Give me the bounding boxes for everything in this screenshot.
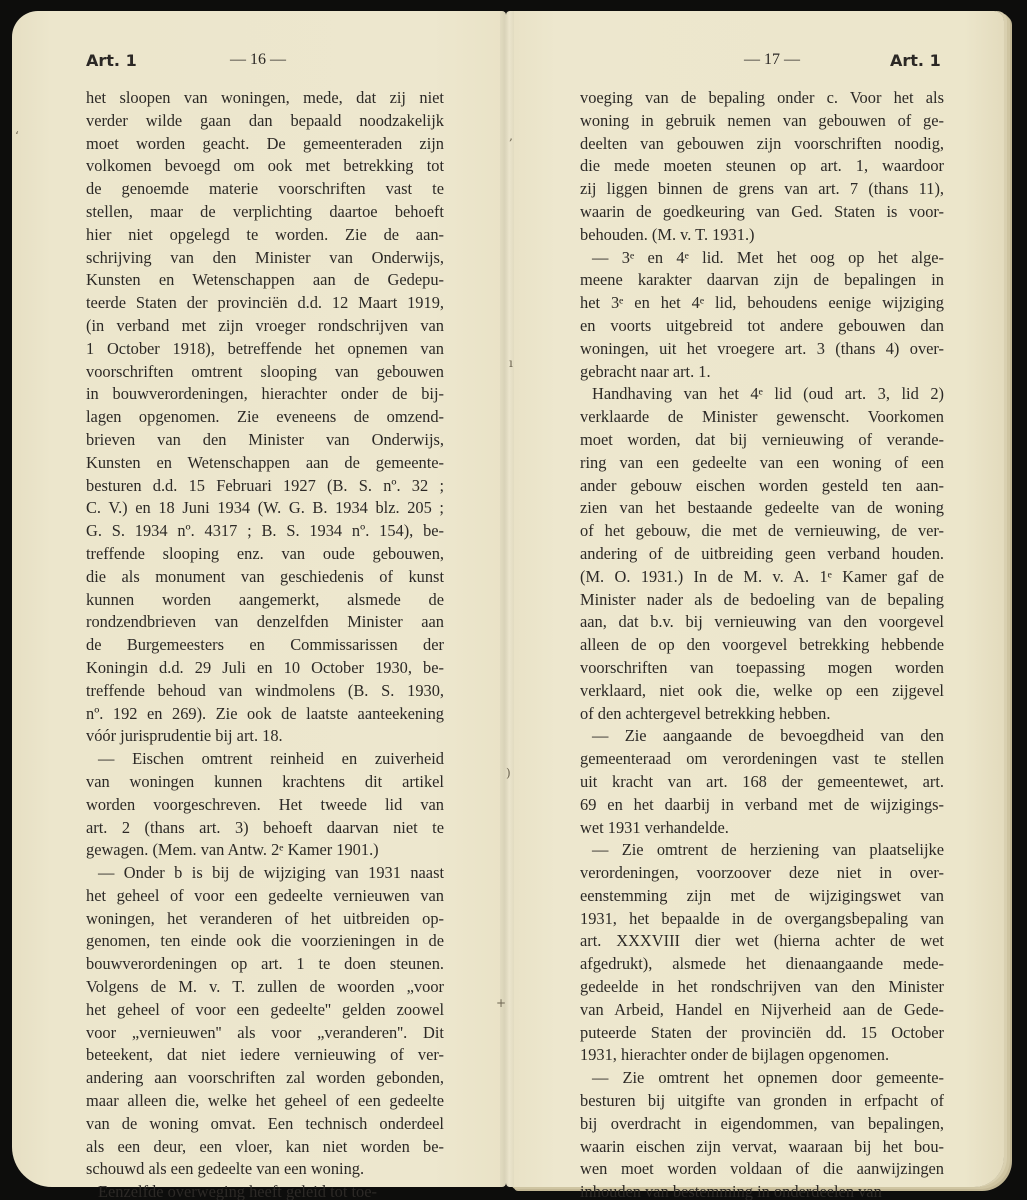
text-line: gewagen. (Mem. van Antw. 2ᵉ Kamer 1901.): [86, 839, 444, 862]
text-line: voorschriften van toepassing mogen worde…: [580, 657, 944, 680]
text-line: uit kracht van art. 168 der gemeentewet,…: [580, 771, 944, 794]
text-line: bij overdracht in eigendommen, van bepal…: [580, 1113, 944, 1136]
text-line: maar alleen die, welke het geheel of een…: [86, 1090, 444, 1113]
text-line: eenstemming zijn met de wijzigingswet va…: [580, 885, 944, 908]
text-line: Eenzelfde overweging heeft geleid tot to…: [86, 1181, 444, 1200]
text-line: de Burgemeesters en Commissarissen der: [86, 634, 444, 657]
text-line: meene karakter daarvan zijn de bepalinge…: [580, 269, 944, 292]
text-line: de genoemde materie voorschriften vast t…: [86, 178, 444, 201]
text-line: van Arbeid, Handel en Nijverheid aan de …: [580, 999, 944, 1022]
text-line: verklaard, niet ook die, welke op een zi…: [580, 680, 944, 703]
text-line: het geheel of voor een gedeelte vernieuw…: [86, 885, 444, 908]
text-line: andering aan voorschriften zal worden ge…: [86, 1067, 444, 1090]
text-line: in bouwverordeningen, hierachter onder d…: [86, 383, 444, 406]
text-line: brieven van den Minister van Onderwijs,: [86, 429, 444, 452]
text-line: het geheel of voor een gedeelte'' gelden…: [86, 999, 444, 1022]
text-line: andering of de uitbreiding geen verband …: [580, 543, 944, 566]
text-line: Kunsten en Wetenschappen aan de Gedepu-: [86, 269, 444, 292]
text-line: voor „vernieuwen'' als voor „veranderen'…: [86, 1022, 444, 1045]
text-line: aan, dat b.v. bij vernieuwing van den vo…: [580, 611, 944, 634]
text-line: die als monument van geschiedenis of kun…: [86, 566, 444, 589]
text-line: zij liggen binnen de grens van art. 7 (t…: [580, 178, 944, 201]
text-line: het sloopen van woningen, mede, dat zij …: [86, 87, 444, 110]
text-line: gemeenteraad om verordeningen vast te st…: [580, 748, 944, 771]
text-line: worden voorgeschreven. Het tweede lid va…: [86, 794, 444, 817]
page-number: — 17 —: [744, 51, 800, 69]
text-line: 1931, het bepaalde in de overgangsbepali…: [580, 908, 944, 931]
text-line: volkomen bevoegd om ook met betrekking t…: [86, 155, 444, 178]
text-line: rondzendbrieven van denzelfden Minister …: [86, 611, 444, 634]
text-line: waarin de goedkeuring van Ged. Staten is…: [580, 201, 944, 224]
page-body-text: het sloopen van woningen, mede, dat zij …: [86, 87, 444, 1200]
scan-speck: ı: [509, 356, 513, 370]
text-line: wet 1931 verhandelde.: [580, 817, 944, 840]
text-line: — Eischen omtrent reinheid en zuiverheid: [86, 748, 444, 771]
text-line: wen moet worden voldaan of die aanwijzin…: [580, 1158, 944, 1181]
text-line: C. V.) en 18 Juni 1934 (W. G. B. 1934 bl…: [86, 497, 444, 520]
text-line: woning in gebruik nemen van gebouwen of …: [580, 110, 944, 133]
text-line: alleen de op den voorgevel betrekking he…: [580, 634, 944, 657]
left-page: Art. 1 — 16 — het sloopen van woningen, …: [12, 11, 506, 1187]
text-line: — Zie omtrent het opnemen door gemeente-: [580, 1067, 944, 1090]
scan-speck: ): [506, 766, 511, 780]
text-line: deelten van gebouwen zijn voorschriften …: [580, 133, 944, 156]
text-line: art. XXXVIII dier wet (hierna achter de …: [580, 930, 944, 953]
text-line: besturen d.d. 15 Februari 1927 (B. S. nº…: [86, 475, 444, 498]
open-book: Art. 1 — 16 — het sloopen van woningen, …: [12, 11, 1016, 1189]
text-line: schrijving van den Minister van Onderwij…: [86, 247, 444, 270]
scan-speck: +: [496, 996, 506, 1010]
text-line: voeging van de bepaling onder c. Voor he…: [580, 87, 944, 110]
text-line: moet worden geacht. De gemeenteraden zij…: [86, 133, 444, 156]
text-line: gebracht naar art. 1.: [580, 361, 944, 384]
text-line: of den achtergevel betrekking hebben.: [580, 703, 944, 726]
text-line: inhouden van bestemming in onderdeelen v…: [580, 1181, 944, 1200]
text-line: — Zie aangaande de bevoegdheid van den: [580, 725, 944, 748]
text-line: het 3ᵉ en het 4ᵉ lid, behoudens eenige w…: [580, 292, 944, 315]
text-line: vóór jurisprudentie bij art. 18.: [86, 725, 444, 748]
text-line: gedeelde in het rondschrijven van den Mi…: [580, 976, 944, 999]
text-line: ander gebouw eischen worden gesteld ten …: [580, 475, 944, 498]
text-line: nº. 192 en 269). Zie ook de laatste aant…: [86, 703, 444, 726]
text-line: schouwd als een gedeelte van een woning.: [86, 1158, 444, 1181]
text-line: besturen bij uitgifte van gronden in erf…: [580, 1090, 944, 1113]
text-line: stellen, maar de verplichting daartoe be…: [86, 201, 444, 224]
text-line: Minister nader als de bedoeling van de b…: [580, 589, 944, 612]
scan-speck: ‚: [509, 129, 513, 143]
page-number: — 16 —: [230, 51, 286, 69]
text-line: die mede moeten steunen op art. 1, waard…: [580, 155, 944, 178]
right-page: — 17 — Art. 1 voeging van de bepaling on…: [506, 11, 1004, 1187]
text-line: voorschriften omtrent slooping van gebou…: [86, 361, 444, 384]
text-line: — 3ᵉ en 4ᵉ lid. Met het oog op het alge-: [580, 247, 944, 270]
book-spine: [500, 11, 514, 1187]
text-line: teerde Staten der provinciën d.d. 12 Maa…: [86, 292, 444, 315]
text-line: lagen opgenomen. Zie eveneens de omzend-: [86, 406, 444, 429]
text-line: en voorts uitgebreid tot andere gebouwen…: [580, 315, 944, 338]
text-line: behouden. (M. v. T. 1931.): [580, 224, 944, 247]
text-line: Kunsten en Wetenschappen aan de gemeente…: [86, 452, 444, 475]
text-line: Koningin d.d. 29 Juli en 10 October 1930…: [86, 657, 444, 680]
text-line: waarin eischen zijn vervat, waaraan bij …: [580, 1136, 944, 1159]
text-line: kunnen worden aangemerkt, alsmede de: [86, 589, 444, 612]
text-line: beteekent, dat niet iedere vernieuwing o…: [86, 1044, 444, 1067]
scan-speck: ‘: [15, 129, 19, 143]
text-line: treffende behoud van windmolens (B. S. 1…: [86, 680, 444, 703]
text-line: zien van het bestaande gedeelte van de w…: [580, 497, 944, 520]
text-line: hier niet opgelegd te worden. Zie de aan…: [86, 224, 444, 247]
text-line: bouwverordeningen op art. 1 te doen steu…: [86, 953, 444, 976]
text-line: verordeningen, voorzoover deze niet in o…: [580, 862, 944, 885]
text-line: art. 2 (thans art. 3) behoeft daarvan ni…: [86, 817, 444, 840]
text-line: treffende slooping enz. van oude gebouwe…: [86, 543, 444, 566]
page-body-text: voeging van de bepaling onder c. Voor he…: [580, 87, 944, 1200]
text-line: verder wilde gaan dan bepaald noodzakeli…: [86, 110, 444, 133]
text-line: 1931, hierachter onder de bijlagen opgen…: [580, 1044, 944, 1067]
text-line: (in verband met zijn vroeger rondschrijv…: [86, 315, 444, 338]
text-line: woningen, uit het vroegere art. 3 (thans…: [580, 338, 944, 361]
text-line: puteerde Staten der provinciën dd. 15 Oc…: [580, 1022, 944, 1045]
text-line: afgedrukt), alsmede het dienaangaande me…: [580, 953, 944, 976]
text-line: woningen, het veranderen of het uitbreid…: [86, 908, 444, 931]
text-line: Volgens de M. v. T. zullen de woorden „v…: [86, 976, 444, 999]
text-line: moet worden, dat bij vernieuwing of vera…: [580, 429, 944, 452]
text-line: van woningen kunnen krachtens dit artike…: [86, 771, 444, 794]
article-label: Art. 1: [890, 51, 941, 70]
text-line: of het gebouw, die met de vernieuwing, d…: [580, 520, 944, 543]
text-line: Handhaving van het 4ᵉ lid (oud art. 3, l…: [580, 383, 944, 406]
text-line: ring van een gedeelte van een woning of …: [580, 452, 944, 475]
text-line: — Onder b is bij de wijziging van 1931 n…: [86, 862, 444, 885]
text-line: (M. O. 1931.) In de M. v. A. 1ᵉ Kamer ga…: [580, 566, 944, 589]
text-line: als een deur, een vloer, kan niet worden…: [86, 1136, 444, 1159]
article-label: Art. 1: [86, 51, 137, 70]
text-line: 1 October 1918), betreffende het opnemen…: [86, 338, 444, 361]
text-line: 69 en het daarbij in verband met de wijz…: [580, 794, 944, 817]
text-line: van de woning omvat. Een technisch onder…: [86, 1113, 444, 1136]
text-line: G. S. 1934 nº. 4317 ; B. S. 1934 nº. 154…: [86, 520, 444, 543]
text-line: genomen, ten einde ook die voorzieningen…: [86, 930, 444, 953]
text-line: verklaarde de Minister gewenscht. Voorko…: [580, 406, 944, 429]
text-line: — Zie omtrent de herziening van plaatsel…: [580, 839, 944, 862]
